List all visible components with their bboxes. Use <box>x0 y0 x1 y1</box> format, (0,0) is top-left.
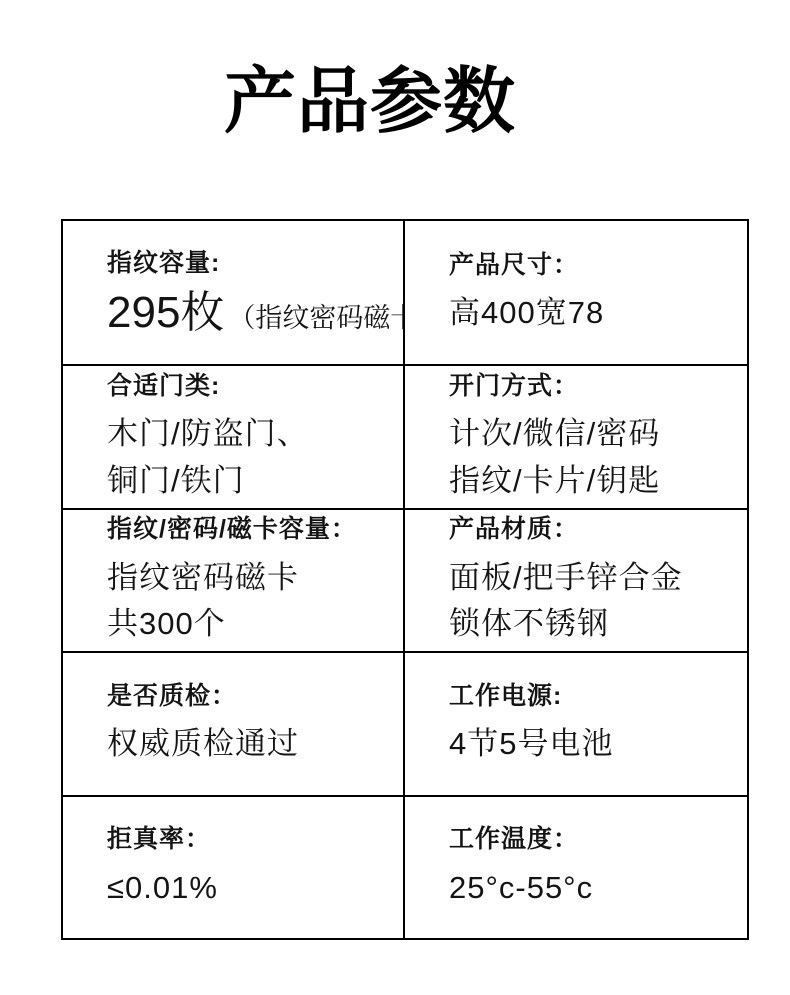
spec-label-working-temperature: 工作温度： <box>449 823 739 856</box>
spec-value-door-types-line2: 铜门/铁门 <box>107 458 395 505</box>
spec-cell-power: 工作电源: 4节5号电池 <box>403 651 747 794</box>
spec-value-note: （指纹密码磁卡） <box>228 296 403 335</box>
spec-cell-door-types: 合适门类: 木门/防盗门、 铜门/铁门 <box>63 364 403 507</box>
spec-value-false-rejection-rate: ≤0.01% <box>107 865 395 912</box>
spec-label-power: 工作电源: <box>449 680 739 713</box>
spec-value-quality-check: 权威质检通过 <box>107 721 395 768</box>
spec-value-main: 295枚 <box>107 288 224 339</box>
spec-label-capacity-total: 指纹/密码/磁卡容量： <box>107 513 395 546</box>
spec-label-material: 产品材质： <box>449 513 739 546</box>
spec-cell-fingerprint-capacity: 指纹容量: 295枚 （指纹密码磁卡） <box>63 221 403 364</box>
spec-label-quality-check: 是否质检： <box>107 680 395 713</box>
page-title: 产品参数 <box>0 66 765 138</box>
spec-label-fingerprint-capacity: 指纹容量: <box>107 247 395 280</box>
spec-value-power: 4节5号电池 <box>449 721 739 768</box>
spec-value-unlock-methods-line2: 指纹/卡片/钥匙 <box>449 458 739 505</box>
spec-value-product-size: 高400宽78 <box>449 290 739 337</box>
spec-cell-capacity-total: 指纹/密码/磁卡容量： 指纹密码磁卡 共300个 <box>63 508 403 651</box>
spec-value-fingerprint-capacity: 295枚 （指纹密码磁卡） <box>107 288 395 339</box>
spec-cell-quality-check: 是否质检： 权威质检通过 <box>63 651 403 794</box>
spec-value-material-line2: 锁体不锈钢 <box>449 601 739 648</box>
spec-cell-working-temperature: 工作温度： 25°c-55°c <box>403 795 747 938</box>
spec-label-product-size: 产品尺寸： <box>449 249 739 282</box>
product-spec-table: 指纹容量: 295枚 （指纹密码磁卡） 产品尺寸： 高400宽78 合适门类: … <box>61 219 749 940</box>
spec-cell-false-rejection-rate: 拒真率： ≤0.01% <box>63 795 403 938</box>
spec-value-door-types-line1: 木门/防盗门、 <box>107 411 395 458</box>
spec-value-capacity-total-line2: 共300个 <box>107 601 395 648</box>
spec-label-false-rejection-rate: 拒真率： <box>107 823 395 856</box>
spec-label-door-types: 合适门类: <box>107 370 395 403</box>
spec-value-working-temperature: 25°c-55°c <box>449 865 739 912</box>
spec-value-material-line1: 面板/把手锌合金 <box>449 555 739 602</box>
spec-value-unlock-methods-line1: 计次/微信/密码 <box>449 411 739 458</box>
spec-cell-material: 产品材质： 面板/把手锌合金 锁体不锈钢 <box>403 508 747 651</box>
spec-value-capacity-total-line1: 指纹密码磁卡 <box>107 555 395 602</box>
spec-label-unlock-methods: 开门方式： <box>449 370 739 403</box>
spec-cell-unlock-methods: 开门方式： 计次/微信/密码 指纹/卡片/钥匙 <box>403 364 747 507</box>
spec-cell-product-size: 产品尺寸： 高400宽78 <box>403 221 747 364</box>
